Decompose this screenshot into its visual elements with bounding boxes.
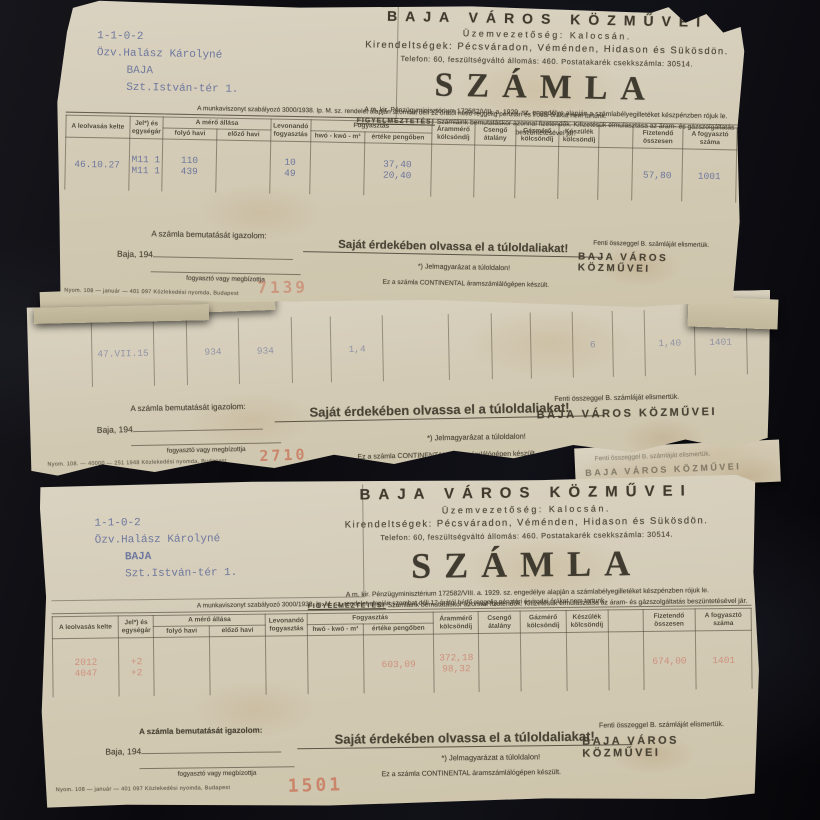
- date-text: Baja, 194: [97, 424, 133, 435]
- cell-levonando: [291, 316, 332, 383]
- customer-name: Özv.Halász Károlyné: [97, 45, 240, 65]
- continental-note: Ez a számla CONTINENTAL áramszámlálógépe…: [357, 450, 536, 460]
- col-gaz: Gázmérő kölcsöndíj: [515, 124, 559, 147]
- col-fogyaszto: A fogyasztó száma: [695, 608, 751, 631]
- cell-fogyaszto: 1001: [682, 149, 737, 202]
- customer-address: 1-1-0-2 Özv.Halász Károlyné BAJA Szt.Ist…: [96, 28, 239, 99]
- stamp-number: 7139: [257, 277, 308, 297]
- cell-elozo: [210, 637, 267, 696]
- date-blank-line: [153, 247, 293, 260]
- cell-levonando: 10 49: [269, 141, 310, 194]
- legend-note: *) Jelmagyarázat a túloldalon!: [441, 752, 540, 762]
- col-keszulek: Készülék kölcsöndíj: [566, 610, 608, 633]
- continental-note: Ez a számla CONTINENTAL áramszámlálógépe…: [382, 279, 549, 289]
- cell-csengo: [491, 312, 532, 379]
- col-hwo: hwó - kwó - m³: [307, 624, 363, 636]
- legend-note: *) Jelmagyarázat a túloldalon!: [427, 432, 526, 443]
- cell-elozo: 934: [239, 317, 293, 384]
- col-jel: Jel*) és egységár: [129, 116, 163, 139]
- cell-jel: +2 +2: [119, 638, 155, 696]
- customer-street: Szt.István-tér 1.: [126, 80, 239, 99]
- cell-csengo: [474, 145, 515, 198]
- attest-label: A számla bemutatását igazolom:: [139, 726, 262, 737]
- company-signature: BAJA VÁROS KÖZMŰVEI: [578, 251, 743, 276]
- cell-hwo: [310, 142, 365, 195]
- signature-caption: fogyasztó vagy megbízottja: [140, 769, 295, 778]
- cell-hwo: [307, 635, 364, 694]
- cell-ertek: [383, 314, 450, 381]
- col-levonando: Levonandó fogyasztás: [265, 614, 307, 637]
- customer-name: Özv.Halász Károlyné: [95, 531, 237, 550]
- cell-folyo: [154, 637, 211, 696]
- cell-gaz: [514, 146, 559, 199]
- cell-leolvasas: 2012 4047: [52, 638, 119, 697]
- date-blank-line: [133, 420, 263, 432]
- cell-csengo: [479, 633, 522, 692]
- invoice-title: SZÁMLA: [307, 541, 747, 588]
- cell-blank: [598, 148, 633, 201]
- col-leolvasas: A leolvasás kelte: [66, 115, 130, 139]
- cell-jel: M11 1 M11 1: [128, 139, 163, 192]
- cell-leolvasas: 46.10.27: [65, 138, 130, 191]
- cell-levonando: [266, 636, 309, 695]
- date-line: Baja, 194: [105, 742, 281, 756]
- attest-label: A számla bemutatását igazolom:: [151, 229, 266, 240]
- read-other-side: Saját érdekében olvassa el a túloldaliak…: [303, 238, 603, 258]
- stamp-number: 2710: [259, 445, 308, 465]
- col-keszulek: Készülék kölcsöndíj: [559, 125, 600, 148]
- continental-note: Ez a számla CONTINENTAL áramszámlálógépe…: [382, 769, 561, 778]
- legend-note: *) Jelmagyarázat a túloldalon!: [418, 263, 510, 272]
- company-signature: BAJA VÁROS KÖZMŰVEI: [537, 406, 718, 421]
- cell-fogyaszto: 1401: [695, 631, 752, 690]
- print-info: Nyom. 108. — 40000 — 251 1948 Közlekedés…: [47, 458, 227, 467]
- print-info: Nyom. 108 — január — 401 097 Közlekedési…: [56, 785, 231, 793]
- cell-blank: [612, 310, 646, 377]
- stamp-number: 1501: [287, 774, 343, 797]
- date-text: Baja, 194: [105, 746, 141, 756]
- date-line: Baja, 194: [117, 247, 293, 262]
- col-folyo: folyó havi: [154, 626, 210, 638]
- invoice-header: BAJA VÁROS KÖZMŰVEI Üzemvezetőség: Kaloc…: [306, 482, 748, 615]
- cell-elozo: [216, 140, 271, 193]
- cell-hwo: 1,4: [330, 315, 384, 382]
- cell-keszulek: [558, 147, 599, 200]
- sheet-bottom-invoice: 1-1-0-2 Özv.Halász Károlyné BAJA Szt.Ist…: [36, 474, 762, 811]
- cell-keszulek: [566, 632, 609, 691]
- cell-folyo: 934: [186, 318, 240, 385]
- cell-folyo: 110 439: [162, 139, 217, 192]
- cell-keszulek: 6: [573, 311, 614, 378]
- photo-background: Fenti összeggel B. számláját elismertük.…: [0, 0, 820, 820]
- cell-jel: [153, 319, 187, 386]
- date-text: Baja, 194: [117, 249, 153, 260]
- col-levonando: Levonandó fogyasztás: [270, 119, 311, 142]
- company-signature: BAJA VÁROS KÖZMŰVEI: [582, 734, 761, 760]
- date-blank-line: [141, 742, 281, 754]
- meter-table: A leolvasás kelte Jel*) és egységár A mé…: [64, 112, 737, 203]
- cell-fizetendo: 674,00: [643, 631, 696, 690]
- col-aram: Árammérő kölcsöndíj: [433, 612, 479, 635]
- cell-gaz: [530, 312, 574, 379]
- col-csengo: Csengő átalány: [475, 123, 516, 146]
- customer-code: 1-1-0-2: [94, 514, 236, 533]
- customer-city: BAJA: [125, 548, 237, 566]
- col-elozo: előző havi: [210, 625, 266, 637]
- date-line: Baja, 194: [97, 420, 263, 435]
- attest-label: A számla bemutatását igazolom:: [130, 402, 245, 413]
- col-jel: Jel*) és egységár: [119, 615, 154, 638]
- cell-fizetendo: 57,80: [632, 148, 683, 201]
- col-csengo: Csengő átalány: [478, 611, 520, 634]
- cell-gaz: [521, 633, 567, 692]
- sliver-ack-text: Fenti összeggel B. számláját elismertük.: [595, 451, 711, 463]
- col-blank: [608, 610, 643, 633]
- customer-address: 1-1-0-2 Özv.Halász Károlyné BAJA Szt.Ist…: [94, 514, 237, 584]
- ack-text: Fenti összeggel B. számláját elismertük.: [593, 240, 709, 249]
- ack-text: Fenti összeggel B. számláját elismertük.: [599, 721, 724, 730]
- invoice-title: SZÁMLA: [346, 65, 747, 111]
- cell-aram: 372,18 98,32: [433, 634, 479, 693]
- col-fogyaszto: A fogyasztó száma: [683, 127, 737, 150]
- company-name: BAJA VÁROS KÖZMŰVEI: [306, 482, 746, 504]
- sheet-top-invoice: 1-1-0-2 Özv.Halász Károlyné BAJA Szt.Ist…: [52, 0, 748, 314]
- cell-leolvasas: 47.VII.15: [91, 320, 154, 387]
- meter-table: A leolvasás kelte Jel*) és egységár A mé…: [52, 605, 753, 698]
- col-gaz: Gázmérő kölcsöndíj: [520, 610, 566, 633]
- col-fizetendo: Fizetendő összesen: [643, 609, 696, 632]
- col-leolvasas: A leolvasás kelte: [52, 616, 119, 639]
- col-aram: Árammérő kölcsöndíj: [431, 122, 475, 145]
- cell-blank: [608, 632, 644, 690]
- cell-aram: [430, 145, 475, 198]
- col-blank: [599, 125, 633, 148]
- customer-city: BAJA: [126, 63, 239, 82]
- col-ertek: értéke pengőben: [363, 623, 433, 635]
- ack-text: Fenti összeggel B. számláját elismertük.: [554, 394, 679, 403]
- cell-aram: [448, 313, 492, 380]
- col-fizetendo: Fizetendő összesen: [633, 126, 684, 149]
- customer-street: Szt.István-tér 1.: [125, 565, 237, 583]
- cell-ertek: 603,09: [363, 635, 434, 694]
- cell-ertek: 37,40 20,40: [363, 143, 431, 196]
